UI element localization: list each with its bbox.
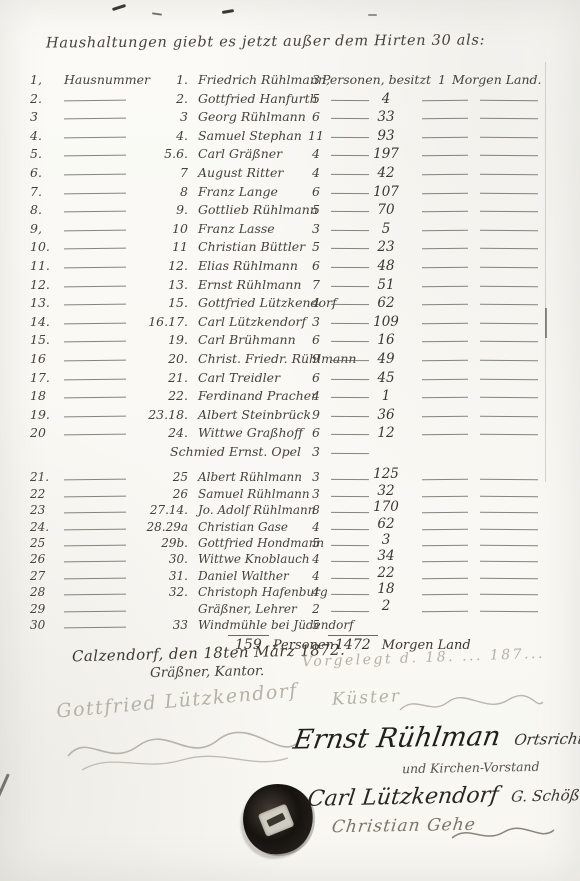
row-index: 21. xyxy=(30,470,49,484)
land-value: 62 xyxy=(358,516,414,532)
resident-name: Ernst Rühlmann xyxy=(198,277,301,292)
land-value: 62 xyxy=(358,295,414,311)
land-value: 51 xyxy=(358,277,414,293)
row-index: 29 xyxy=(30,602,45,616)
ditto-mark xyxy=(480,496,538,497)
row-index: 8. xyxy=(30,202,42,217)
row-index: 14. xyxy=(30,314,50,329)
row-index: 17. xyxy=(30,370,50,385)
table-rows: 2. 2. Gottfried Hanfurth 5 4 3 3 Georg R… xyxy=(28,91,562,635)
person-count: 4 xyxy=(304,552,328,566)
table-row: 23 27.14. Jo. Adolf Rühlmann 8 170 xyxy=(28,503,562,519)
resident-name: Wittwe Graßhoff xyxy=(198,425,303,440)
house-number: 30. xyxy=(126,552,188,566)
row-index: 12. xyxy=(30,277,50,292)
ditto-mark xyxy=(422,397,468,398)
person-count: 3 xyxy=(304,487,328,501)
resident-name: Gottlieb Rühlmann xyxy=(198,202,318,217)
table-row: 9, 10 Franz Lasse 3 5 xyxy=(28,221,562,240)
house-number: 8 xyxy=(126,184,188,199)
table-row: 26 30. Wittwe Knoblauch 4 34 xyxy=(28,552,562,568)
house-number: 27.14. xyxy=(126,503,188,517)
land-value: 42 xyxy=(358,165,414,181)
ditto-mark xyxy=(480,323,538,324)
land-value: 197 xyxy=(358,146,414,162)
ditto-mark xyxy=(422,434,468,435)
ditto-mark xyxy=(480,304,538,305)
ditto-mark xyxy=(422,561,468,562)
house-number: 3 xyxy=(126,109,188,124)
ditto-mark xyxy=(480,578,538,579)
house-number: 2. xyxy=(126,91,188,106)
ditto-mark xyxy=(480,248,538,249)
ditto-mark xyxy=(64,378,126,380)
ditto-mark xyxy=(422,512,468,513)
ditto-mark xyxy=(480,378,538,379)
person-count: 4 xyxy=(304,295,328,310)
house-number: 7 xyxy=(126,165,188,180)
scan-artifact xyxy=(368,14,377,16)
resident-name: August Ritter xyxy=(198,165,283,180)
ditto-mark xyxy=(480,397,538,398)
resident-name: Franz Lange xyxy=(198,184,278,199)
scan-artifact xyxy=(112,4,126,11)
row-index: 1, xyxy=(30,72,42,87)
person-count: 7 xyxy=(304,277,328,292)
house-number: 24. xyxy=(126,425,188,440)
ditto-mark xyxy=(422,99,468,100)
row-index: 15. xyxy=(30,332,50,347)
row-index: 13. xyxy=(30,295,50,310)
document-heading: Haushaltungen giebt es jetzt außer dem H… xyxy=(46,32,485,51)
table-row: 5. 5.6. Carl Gräßner 4 197 xyxy=(28,146,562,165)
land-value: 34 xyxy=(358,548,414,564)
scan-artifact xyxy=(222,9,234,14)
ditto-mark xyxy=(480,99,538,100)
ditto-mark xyxy=(480,174,538,175)
ditto-mark xyxy=(64,577,126,579)
ditto-mark xyxy=(64,285,126,287)
ditto-mark xyxy=(64,192,126,194)
row-index: 18 xyxy=(30,388,46,403)
table-row: 19. 23.18. Albert Steinbrück 9 36 xyxy=(28,407,562,426)
person-count: 5 xyxy=(304,239,328,254)
signature-2-name: Carl Lützkendorf xyxy=(306,783,500,812)
ditto-mark xyxy=(64,545,126,547)
main-signature-subtitle: und Kirchen-Vorstand xyxy=(402,759,540,776)
ditto-mark xyxy=(422,545,468,546)
land-value: 18 xyxy=(358,581,414,597)
ditto-mark xyxy=(422,594,468,595)
land-value: 107 xyxy=(358,184,414,200)
land-value: 1 xyxy=(438,72,446,87)
row-index: 26 xyxy=(30,552,45,566)
person-count: 4 xyxy=(304,520,328,534)
ditto-mark xyxy=(422,378,468,379)
table-row: 10. 11 Christian Büttler 5 23 xyxy=(28,239,562,258)
resident-name: Christ. Friedr. Rühlmann xyxy=(198,351,356,366)
ditto-mark xyxy=(480,118,538,119)
table-row: 29 Gräßner, Lehrer 2 2 xyxy=(28,602,562,618)
ditto-mark xyxy=(64,229,126,231)
table-row: 18 22. Ferdinand Pracher 4 1 xyxy=(28,388,562,407)
ditto-mark xyxy=(480,341,538,342)
table-row: 11. 12. Elias Rühlmann 6 48 xyxy=(28,258,562,277)
land-value: 12 xyxy=(358,425,414,441)
illegible-pencil-scribble xyxy=(396,690,546,720)
house-number: 5.6. xyxy=(126,146,188,161)
house-number: 23.18. xyxy=(126,407,188,422)
land-value: 170 xyxy=(358,499,414,515)
signature-2-title: G. Schöß xyxy=(510,786,580,805)
table-row: 28 32. Christoph Hafenburg 4 18 xyxy=(28,585,562,601)
house-number: 11 xyxy=(126,239,188,254)
pencil-signature-left: Gottfried Lützkendorf xyxy=(56,679,299,722)
house-number: 29b. xyxy=(126,536,188,550)
resident-name: Carl Lützkendorf xyxy=(198,314,306,329)
ditto-mark xyxy=(422,610,468,611)
resident-name: Christian Gase xyxy=(198,520,288,534)
ditto-mark xyxy=(480,211,538,212)
house-number: 13. xyxy=(126,277,188,292)
ditto-mark xyxy=(480,285,538,286)
row-index: 5. xyxy=(30,146,42,161)
ditto-mark xyxy=(64,360,126,362)
house-number: 33 xyxy=(126,618,188,632)
ditto-mark xyxy=(64,415,126,417)
ditto-mark xyxy=(480,479,538,480)
house-number: 4. xyxy=(126,128,188,143)
person-count: 6 xyxy=(304,258,328,273)
house-number: 9. xyxy=(126,202,188,217)
scan-artifact xyxy=(152,12,162,15)
person-count: 6 xyxy=(304,184,328,199)
table-row: 8. 9. Gottlieb Rühlmann 5 70 xyxy=(28,202,562,221)
house-number: 21. xyxy=(126,370,188,385)
ditto-mark xyxy=(480,360,538,361)
row-index: 22 xyxy=(30,487,45,501)
land-value: 2 xyxy=(358,598,414,614)
ditto-mark xyxy=(480,594,538,595)
resident-name: Schmied Ernst. Opel xyxy=(170,444,301,459)
person-count: 3 xyxy=(304,221,328,236)
person-count: 4 xyxy=(304,146,328,161)
table-row: 20 24. Wittwe Graßhoff 6 12 xyxy=(28,425,562,444)
table-row: 7. 8 Franz Lange 6 107 xyxy=(28,184,562,203)
ditto-mark xyxy=(422,496,468,497)
resident-name: Franz Lasse xyxy=(198,221,275,236)
house-number: 10 xyxy=(126,221,188,236)
person-count: 9 xyxy=(304,351,328,366)
house-number: 25 xyxy=(126,470,188,484)
row-index: 20 xyxy=(30,425,46,440)
table-row: 12. 13. Ernst Rühlmann 7 51 xyxy=(28,277,562,296)
row-index: 4. xyxy=(30,128,42,143)
ditto-mark xyxy=(64,397,126,399)
table-row-first: 1, Hausnummer 1. Friedrich Rühlmann, 3 P… xyxy=(28,72,562,91)
resident-name: Christian Büttler xyxy=(198,239,305,254)
ditto-mark xyxy=(480,137,538,138)
ditto-mark xyxy=(480,230,538,231)
main-signature: Ernst Rühlman Ortsrichter xyxy=(291,719,580,755)
ditto-mark xyxy=(64,322,126,324)
ditto-mark xyxy=(64,211,126,213)
row-index: 11. xyxy=(30,258,50,273)
house-number: 19. xyxy=(126,332,188,347)
ditto-mark xyxy=(480,528,538,529)
resident-name: Carl Brühmann xyxy=(198,332,296,347)
land-value: 16 xyxy=(358,332,414,348)
table-row: 15. 19. Carl Brühmann 6 16 xyxy=(28,332,562,351)
ink-stroke-artifact xyxy=(0,773,10,814)
row-index: 24. xyxy=(30,520,49,534)
household-table: 1, Hausnummer 1. Friedrich Rühlmann, 3 P… xyxy=(28,72,562,661)
person-count: 6 xyxy=(304,425,328,440)
resident-name: Elias Rühlmann xyxy=(198,258,298,273)
ditto-mark xyxy=(480,561,538,562)
scanned-document-page: Haushaltungen giebt es jetzt außer dem H… xyxy=(0,0,580,881)
table-row: 24. 28.29a Christian Gase 4 62 xyxy=(28,520,562,536)
row-index: 30 xyxy=(30,618,45,632)
ditto-mark xyxy=(331,453,369,454)
illegible-pencil-scribble xyxy=(62,726,302,774)
ditto-mark xyxy=(64,434,126,436)
person-count: 5 xyxy=(304,618,328,632)
ditto-mark xyxy=(422,118,468,119)
land-value: 22 xyxy=(358,565,414,581)
row-index: 10. xyxy=(30,239,50,254)
ditto-mark xyxy=(480,415,538,416)
main-signature-title: Ortsrichter xyxy=(513,729,580,748)
ditto-mark xyxy=(64,99,126,101)
row-index: 25 xyxy=(30,536,45,550)
table-row: 16 20. Christ. Friedr. Rühlmann 9 49 xyxy=(28,351,562,370)
ditto-mark xyxy=(422,479,468,480)
table-row: 30 33 Windmühle bei Jüdendorf 5 xyxy=(28,618,562,634)
land-value: 5 xyxy=(358,221,414,237)
land-value: 125 xyxy=(358,466,414,482)
table-row: 22 26 Samuel Rühlmann 3 32 xyxy=(28,487,562,503)
person-count: 5 xyxy=(304,536,328,550)
land-value: 33 xyxy=(358,109,414,125)
row-index: 27 xyxy=(30,569,45,583)
table-row: 6. 7 August Ritter 4 42 xyxy=(28,165,562,184)
person-count: 4 xyxy=(304,585,328,599)
table-row: 25 29b. Gottfried Hondmann 5 3 xyxy=(28,536,562,552)
ditto-mark xyxy=(422,248,468,249)
resident-name: Samuel Rühlmann xyxy=(198,487,310,501)
table-row: 21. 25 Albert Rühlmann 3 125 xyxy=(28,470,562,486)
ditto-mark xyxy=(64,155,126,157)
pencil-note-kuester: Küster xyxy=(332,686,402,710)
person-count: 6 xyxy=(304,109,328,124)
ditto-mark xyxy=(422,211,468,212)
ditto-mark xyxy=(422,174,468,175)
table-row: 14. 16.17. Carl Lützkendorf 3 109 xyxy=(28,314,562,333)
person-count: 8 xyxy=(304,503,328,517)
ditto-mark xyxy=(422,528,468,529)
row-index: 6. xyxy=(30,165,42,180)
house-number: 32. xyxy=(126,585,188,599)
land-value: 32 xyxy=(358,483,414,499)
resident-name: Windmühle bei Jüdendorf xyxy=(198,618,354,632)
person-count: 3 xyxy=(304,314,328,329)
ditto-mark xyxy=(480,192,538,193)
ditto-mark xyxy=(422,578,468,579)
table-row: 2. 2. Gottfried Hanfurth 5 4 xyxy=(28,91,562,110)
resident-name: Carl Gräßner xyxy=(198,146,282,161)
ditto-mark xyxy=(64,610,126,612)
ditto-mark xyxy=(480,545,538,546)
land-value: 45 xyxy=(358,370,414,386)
house-number: 31. xyxy=(126,569,188,583)
resident-name: Daniel Walther xyxy=(198,569,289,583)
land-value: 49 xyxy=(358,351,414,367)
table-row: 3 3 Georg Rühlmann 6 33 xyxy=(28,109,562,128)
ink-stamp xyxy=(238,779,317,858)
house-number: 22. xyxy=(126,388,188,403)
land-value: 4 xyxy=(358,91,414,107)
illegible-ink-scribble xyxy=(448,820,558,848)
resident-name: Albert Steinbrück xyxy=(198,407,311,422)
ditto-mark xyxy=(422,360,468,361)
person-count: 5 xyxy=(304,91,328,106)
main-signature-name: Ernst Rühlman xyxy=(291,721,503,756)
ditto-mark xyxy=(64,341,126,343)
ditto-mark xyxy=(64,495,126,497)
ditto-mark xyxy=(480,155,538,156)
person-count: 6 xyxy=(304,370,328,385)
ditto-mark xyxy=(480,512,538,513)
resident-name: Albert Rühlmann xyxy=(198,470,302,484)
ditto-mark xyxy=(422,304,468,305)
house-number: 15. xyxy=(126,295,188,310)
ditto-mark xyxy=(422,230,468,231)
ditto-mark xyxy=(64,118,126,120)
ditto-mark xyxy=(64,174,126,176)
house-number: 28.29a xyxy=(126,520,188,534)
ditto-mark xyxy=(422,137,468,138)
resident-name: Samuel Stephan xyxy=(198,128,302,143)
ditto-mark xyxy=(64,512,126,514)
ditto-mark xyxy=(480,267,538,268)
house-number: 12. xyxy=(126,258,188,273)
ditto-mark xyxy=(422,192,468,193)
person-count: 11 xyxy=(304,128,328,143)
row-index: 23 xyxy=(30,503,45,517)
person-count: 3 xyxy=(304,470,328,484)
row-index: 19. xyxy=(30,407,50,422)
person-count: 4 xyxy=(304,569,328,583)
resident-name: Ferdinand Pracher xyxy=(198,388,317,403)
person-count: 5 xyxy=(304,202,328,217)
ditto-mark xyxy=(64,267,126,269)
house-number: 20. xyxy=(126,351,188,366)
signature-carl-luetzkendorf: Carl Lützkendorf G. Schöß xyxy=(306,781,580,812)
ditto-mark xyxy=(64,528,126,530)
row-index: 9, xyxy=(30,221,42,236)
resident-name: Wittwe Knoblauch xyxy=(198,552,310,566)
row-index: 3 xyxy=(30,109,38,124)
row-index: 28 xyxy=(30,585,45,599)
person-count: 4 xyxy=(304,165,328,180)
row-index: 16 xyxy=(30,351,46,366)
land-value: 109 xyxy=(358,314,414,330)
house-number: 16.17. xyxy=(126,314,188,329)
ditto-mark xyxy=(422,415,468,416)
person-count: 4 xyxy=(304,388,328,403)
resident-name: Jo. Adolf Rühlmann xyxy=(198,503,315,517)
land-value: 93 xyxy=(358,128,414,144)
land-unit-label: Morgen Land. xyxy=(452,72,542,87)
person-count: 2 xyxy=(304,602,328,616)
table-row: 4. 4. Samuel Stephan 11 93 xyxy=(28,128,562,147)
ditto-mark xyxy=(422,155,468,156)
ditto-mark xyxy=(480,610,538,611)
person-count: 3 xyxy=(304,444,328,459)
land-value: 23 xyxy=(358,239,414,255)
ditto-mark xyxy=(422,285,468,286)
table-row: 27 31. Daniel Walther 4 22 xyxy=(28,569,562,585)
person-count: 6 xyxy=(304,332,328,347)
ditto-mark xyxy=(64,248,126,250)
land-value: 1 xyxy=(358,388,414,404)
persons-label: Personen, besitzt xyxy=(322,72,431,87)
land-value: 48 xyxy=(358,258,414,274)
ditto-mark xyxy=(64,627,126,629)
stamp-center-emblem xyxy=(258,804,295,837)
kantor-signature: Gräßner, Kantor. xyxy=(150,663,264,681)
table-row: Schmied Ernst. Opel 3 xyxy=(28,444,562,463)
land-value: 70 xyxy=(358,202,414,218)
row-index: 2. xyxy=(30,91,42,106)
ditto-mark xyxy=(64,561,126,563)
table-row: 13. 15. Gottfried Lützkendorf 4 62 xyxy=(28,295,562,314)
person-count: 9 xyxy=(304,407,328,422)
ditto-mark xyxy=(480,434,538,435)
house-number: 1. xyxy=(126,72,188,87)
ditto-mark xyxy=(422,267,468,268)
ditto-mark xyxy=(64,594,126,596)
resident-name: Gottfried Hanfurth xyxy=(198,91,318,106)
ditto-mark xyxy=(422,341,468,342)
ditto-mark xyxy=(64,479,126,481)
resident-name: Georg Rühlmann xyxy=(198,109,306,124)
row-index: 7. xyxy=(30,184,42,199)
ditto-mark xyxy=(422,323,468,324)
land-value: 36 xyxy=(358,407,414,423)
house-number: 26 xyxy=(126,487,188,501)
resident-name: Carl Treidler xyxy=(198,370,280,385)
land-value: 3 xyxy=(358,532,414,548)
table-row: 17. 21. Carl Treidler 6 45 xyxy=(28,370,562,389)
ditto-mark xyxy=(64,136,126,138)
ditto-mark xyxy=(64,304,126,306)
resident-name: Gräßner, Lehrer xyxy=(198,602,297,616)
